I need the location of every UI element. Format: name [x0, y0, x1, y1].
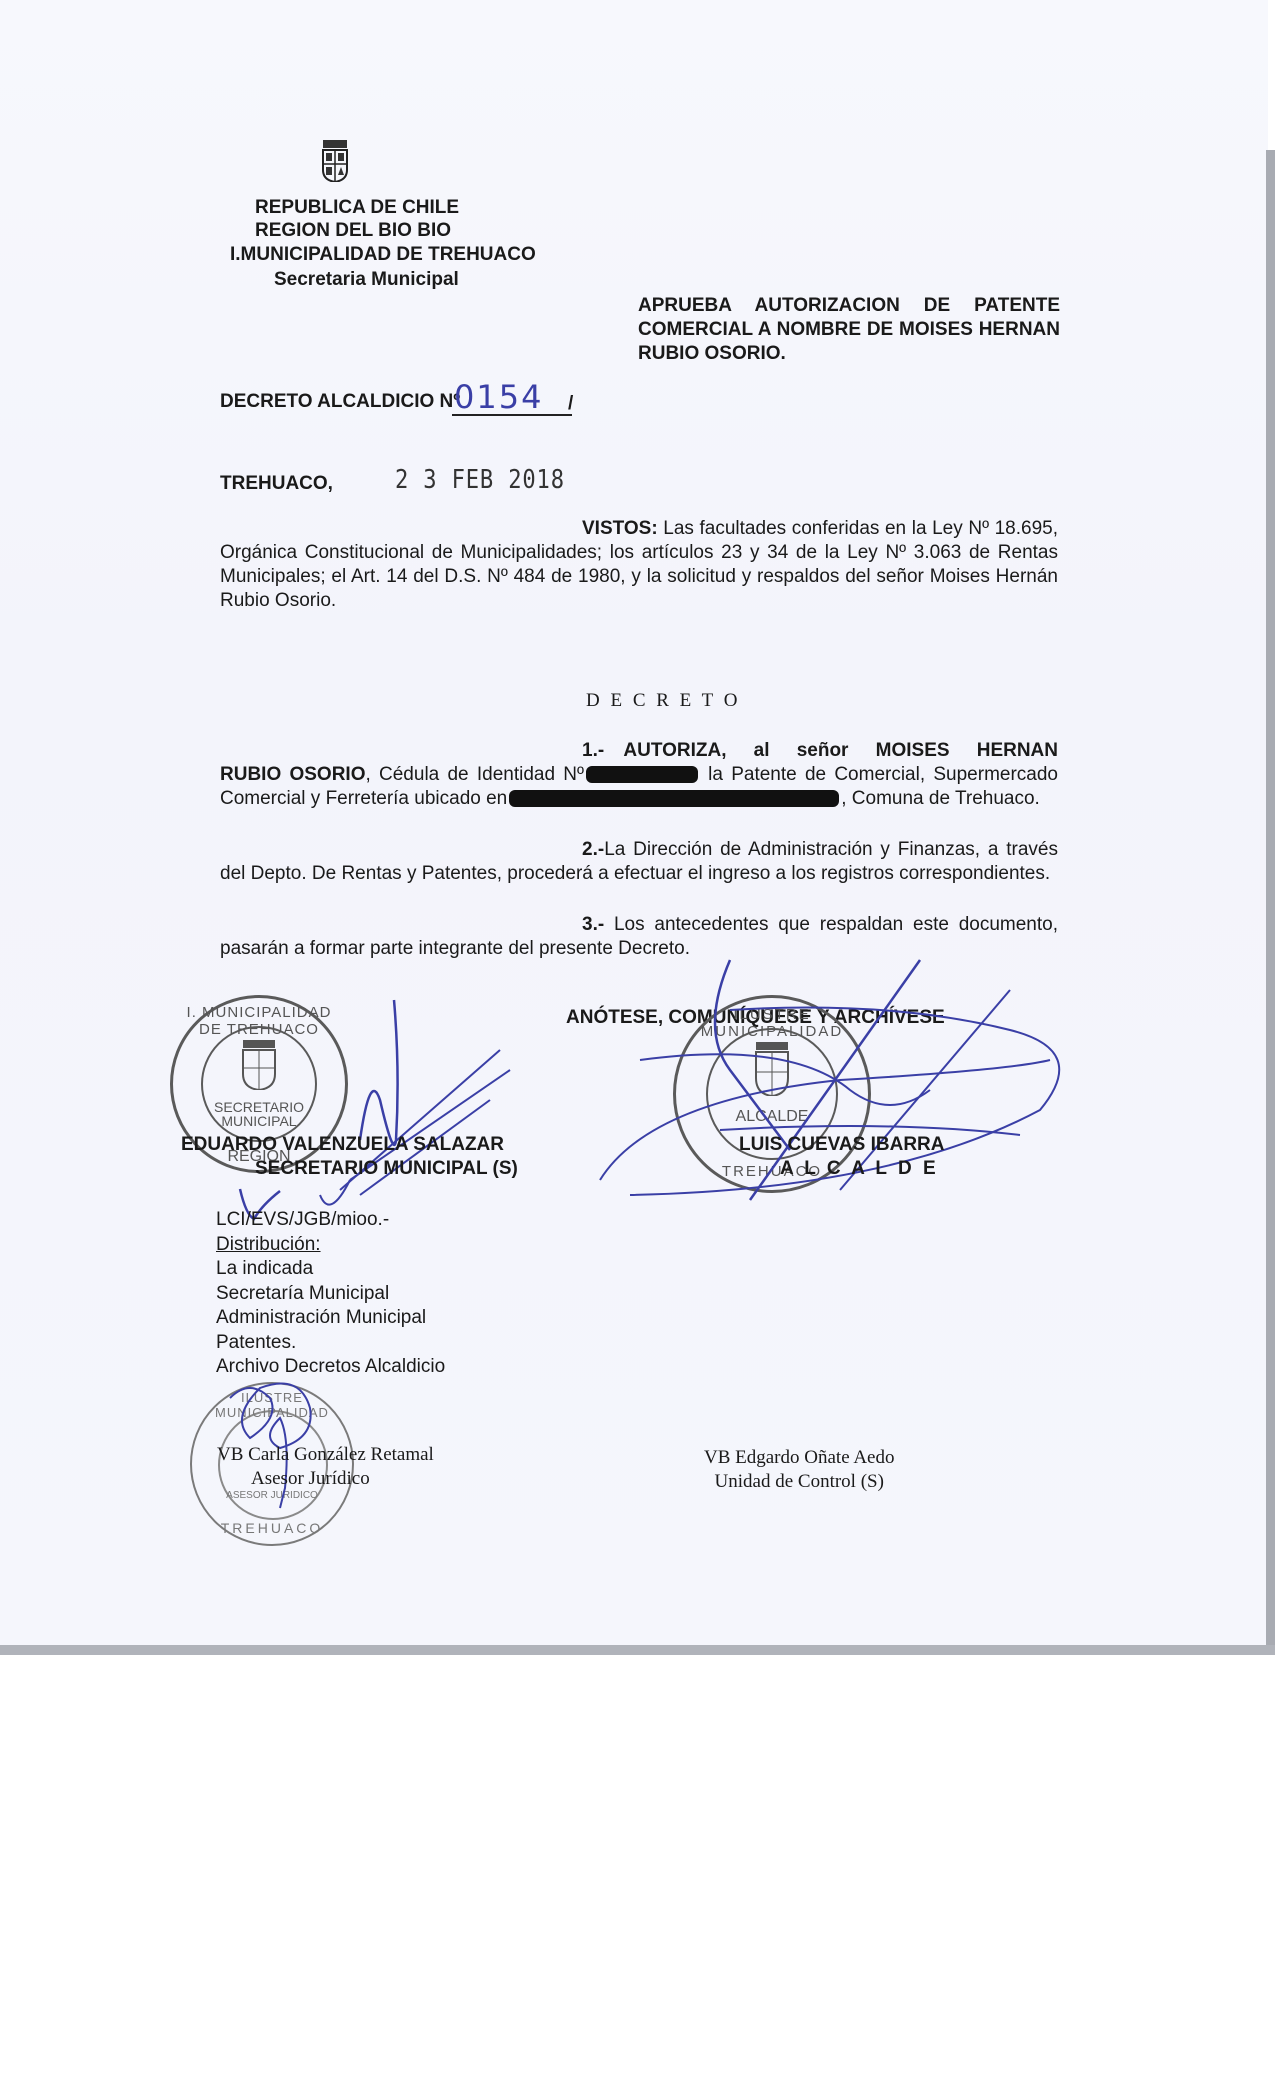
- distribution-item: Archivo Decretos Alcaldicio: [216, 1355, 445, 1380]
- place-label: TREHUACO,: [220, 472, 333, 496]
- secretary-stamp-crest-icon: [239, 1040, 279, 1090]
- decree-title: APRUEBA AUTORIZACION DE PATENTE COMERCIA…: [638, 294, 1060, 366]
- decreto-heading: D E C R E T O: [586, 690, 740, 712]
- mayor-title: A L C A L D E: [780, 1157, 939, 1181]
- item-1-text-a: , Cédula de Identidad Nº: [366, 764, 584, 785]
- item-1-number: 1.-: [582, 740, 604, 761]
- redacted-id-number: [586, 766, 698, 783]
- distribution-item: Administración Municipal: [216, 1306, 445, 1331]
- vistos-label: VISTOS:: [582, 518, 658, 539]
- scan-edge-bottom: [0, 1645, 1275, 1655]
- scan-edge-right: [1266, 150, 1275, 1650]
- distribution-item: La indicada: [216, 1257, 445, 1282]
- header-region-text: REGION DEL BIO BIO: [255, 220, 451, 241]
- vistos-first-line: Las facultades conferidas en la Ley Nº 1…: [663, 518, 1058, 539]
- reference-initials: LCI/EVS/JGB/mioo.-: [216, 1208, 445, 1233]
- distribution-block: LCI/EVS/JGB/mioo.- Distribución: La indi…: [216, 1208, 445, 1380]
- distribution-label: Distribución:: [216, 1233, 445, 1258]
- item-1-text-c: , Comuna de Trehuaco.: [841, 788, 1040, 809]
- redacted-address: [509, 790, 839, 807]
- vb-control-unit: VB Edgardo Oñate Aedo Unidad de Control …: [704, 1446, 894, 1494]
- item-1-name-end: OSORIO: [289, 764, 365, 785]
- vb-legal-advisor-name: VB Carla González Retamal: [217, 1443, 434, 1467]
- header-department: Secretaria Municipal: [274, 268, 459, 292]
- header-region: REGION DEL BIO BIO: [255, 219, 451, 243]
- date-stamp: 2 3 FEB 2018: [395, 465, 565, 495]
- vb-legal-advisor: VB Carla González Retamal Asesor Jurídic…: [217, 1443, 434, 1491]
- decree-number-line: 0154: [452, 382, 572, 416]
- secretary-title: SECRETARIO MUNICIPAL (S): [255, 1157, 518, 1181]
- decree-number-label: DECRETO ALCALDICIO Nº: [220, 390, 460, 414]
- coat-of-arms-icon: [321, 140, 349, 182]
- vb-legal-advisor-title: Asesor Jurídico: [217, 1467, 434, 1491]
- item-3-number: 3.-: [582, 914, 604, 935]
- secretary-signature: [300, 990, 520, 1220]
- mayor-name: LUIS CUEVAS IBARRA: [739, 1133, 945, 1157]
- item-2-paragraph: 2.-La Dirección de Administración y Fina…: [220, 838, 1058, 886]
- secretary-name: EDUARDO VALENZUELA SALAZAR: [181, 1133, 504, 1157]
- legal-advisor-stamp-bottom-text: TREHUACO: [192, 1520, 352, 1536]
- distribution-item: Secretaría Municipal: [216, 1282, 445, 1307]
- decree-number-value: 0154: [454, 382, 543, 412]
- distribution-item: Patentes.: [216, 1331, 445, 1356]
- item-3-first-line: Los antecedentes que respaldan este docu…: [604, 914, 1058, 935]
- item-2-number: 2.-: [582, 839, 604, 860]
- vistos-paragraph: VISTOS: Las facultades conferidas en la …: [220, 517, 1058, 613]
- vb-control-unit-title: Unidad de Control (S): [704, 1470, 894, 1494]
- header-municipality: I.MUNICIPALIDAD DE TREHUACO: [230, 243, 536, 267]
- decree-number-suffix: /: [568, 392, 573, 416]
- header-republic: REPUBLICA DE CHILE: [255, 196, 459, 220]
- scanned-page: REPUBLICA DE CHILE REGION DEL BIO BIO I.…: [0, 0, 1268, 1648]
- item-2-rest: Depto. De Rentas y Patentes, procederá a…: [251, 863, 1051, 884]
- vistos-rest: Orgánica Constitucional de Municipalidad…: [220, 542, 1058, 611]
- item-1-paragraph: 1.- AUTORIZA, al señor MOISES HERNAN RUB…: [220, 739, 1058, 811]
- vb-control-unit-name: VB Edgardo Oñate Aedo: [704, 1446, 894, 1470]
